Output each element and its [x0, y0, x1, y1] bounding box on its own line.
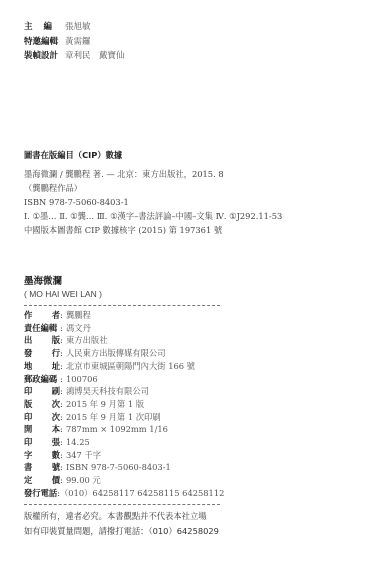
credit-value: 章利民 戴寶仙: [65, 49, 125, 64]
credit-label: 主編: [24, 20, 52, 35]
label-char: 次: [52, 411, 60, 424]
meta-row-printing: 印次:2015 年 9 月第 1 次印刷: [24, 411, 224, 424]
meta-row-word-count: 字數:347 千字: [24, 449, 224, 462]
meta-row-isbn: 書號:ISBN 978-7-5060-8403-1: [24, 461, 224, 474]
book-info-block: 墨海微瀾 ( MO HAI WEI LAN ) 作者:龔鵬程 責任編輯:馮文丹 …: [24, 276, 224, 539]
meta-label: 發行電話: [24, 487, 57, 500]
cip-line: （龔鵬程作品）: [24, 181, 282, 195]
meta-row-price: 定價:99.00 元: [24, 474, 224, 487]
label-char: 發: [24, 347, 32, 360]
meta-value: 鴻博昊天科技有限公司: [66, 385, 149, 398]
cip-line: 中國版本圖書館 CIP 數據核字 (2015) 第 197361 號: [24, 223, 282, 237]
label-char: 張: [52, 436, 60, 449]
publication-details: 作者:龔鵬程 責任編輯:馮文丹 出版:東方出版社 發行:人民東方出版傳媒有限公司…: [24, 309, 224, 500]
cip-line: Ⅰ. ①墨… Ⅱ. ①龔… Ⅲ. ①漢字–書法評論–中國–文集 Ⅳ. ①J292…: [24, 209, 282, 223]
label-char: 開: [24, 423, 32, 436]
label-char: 價: [52, 474, 60, 487]
credits-block: 主編 張旭敏 特邀編輯 黃需鑼 裝幀設計 章利民 戴寶仙: [24, 20, 125, 64]
label-char: 印: [24, 411, 32, 424]
label-char: 印: [24, 385, 32, 398]
meta-value: ISBN 978-7-5060-8403-1: [66, 461, 171, 474]
cip-title: 圖書在版編目（CIP）數據: [24, 149, 282, 161]
quality-contact-line: 如有印裝質量問題，請撥打電話：（010）64258029: [24, 524, 224, 539]
meta-row-phone: 發行電話:（010）64258117 64258115 64258112: [24, 487, 224, 500]
meta-value: 99.00 元: [66, 474, 101, 487]
label-char: 地: [24, 360, 32, 373]
meta-value: 347 千字: [66, 449, 101, 462]
credit-row-guest-editor: 特邀編輯 黃需鑼: [24, 35, 125, 50]
meta-row-responsible-editor: 責任編輯:馮文丹: [24, 322, 224, 335]
meta-row-sheets: 印張:14.25: [24, 436, 224, 449]
label-char: 定: [24, 474, 32, 487]
label-char: 主: [24, 20, 33, 35]
book-title-romanized: ( MO HAI WEI LAN ): [24, 288, 224, 301]
copyright-notice: 版權所有，違者必究。本書觀點并不代表本社立場 如有印裝質量問題，請撥打電話：（0…: [24, 509, 224, 539]
label-char: 址: [52, 360, 60, 373]
credit-label: 特邀編輯: [24, 35, 65, 50]
meta-value: 北京市東城區朝陽門內大街 166 號: [66, 360, 195, 373]
meta-value: 2015 年 9 月第 1 版: [66, 398, 144, 411]
meta-row-printer: 印刷:鴻博昊天科技有限公司: [24, 385, 224, 398]
meta-value: 馮文丹: [66, 322, 91, 335]
dashed-divider: [24, 305, 220, 306]
label-char: 出: [24, 334, 32, 347]
meta-row-edition: 版次:2015 年 9 月第 1 版: [24, 398, 224, 411]
meta-value: 東方出版社: [66, 334, 108, 347]
cip-block: 圖書在版編目（CIP）數據 墨海微瀾 / 龔鵬程 著. — 北京：東方出版社，2…: [24, 149, 282, 237]
credit-row-design: 裝幀設計 章利民 戴寶仙: [24, 49, 125, 64]
meta-label: 郵政編碼: [24, 373, 60, 386]
label-char: 書: [24, 461, 32, 474]
meta-row-address: 地址:北京市東城區朝陽門內大街 166 號: [24, 360, 224, 373]
cip-line: ISBN 978-7-5060-8403-1: [24, 195, 282, 209]
label-char: 版: [24, 398, 32, 411]
copyright-line: 版權所有，違者必究。本書觀點并不代表本社立場: [24, 509, 224, 524]
meta-value: 龔鵬程: [66, 309, 91, 322]
meta-row-publisher: 出版:東方出版社: [24, 334, 224, 347]
label-char: 刷: [52, 385, 60, 398]
label-char: 版: [52, 334, 60, 347]
meta-value: 2015 年 9 月第 1 次印刷: [66, 411, 161, 424]
credit-row-editor: 主編 張旭敏: [24, 20, 125, 35]
meta-row-distributor: 發行:人民東方出版傳媒有限公司: [24, 347, 224, 360]
meta-value: 100706: [66, 373, 98, 386]
credit-value: 張旭敏: [65, 20, 91, 35]
label-char: 作: [24, 309, 32, 322]
meta-value: （010）64258117 64258115 64258112: [60, 487, 224, 500]
meta-value: 人民東方出版傳媒有限公司: [66, 347, 166, 360]
label-char: 數: [52, 449, 60, 462]
label-char: 號: [52, 461, 60, 474]
book-title: 墨海微瀾: [24, 276, 224, 288]
credit-value: 黃需鑼: [65, 35, 91, 50]
label-char: 次: [52, 398, 60, 411]
label-char: 本: [52, 423, 60, 436]
label-char: 行: [52, 347, 60, 360]
meta-value: 14.25: [66, 436, 90, 449]
credit-label: 裝幀設計: [24, 49, 65, 64]
meta-value: 787mm × 1092mm 1/16: [66, 423, 168, 436]
meta-label: 責任編輯: [24, 322, 60, 335]
meta-row-format: 開本:787mm × 1092mm 1/16: [24, 423, 224, 436]
meta-row-postcode: 郵政編碼:100706: [24, 373, 224, 386]
meta-row-author: 作者:龔鵬程: [24, 309, 224, 322]
label-char: 印: [24, 436, 32, 449]
label-char: 編: [43, 20, 52, 35]
cip-line: 墨海微瀾 / 龔鵬程 著. — 北京：東方出版社，2015. 8: [24, 167, 282, 181]
label-char: 者: [52, 309, 60, 322]
dashed-divider: [24, 504, 220, 505]
label-char: 字: [24, 449, 32, 462]
